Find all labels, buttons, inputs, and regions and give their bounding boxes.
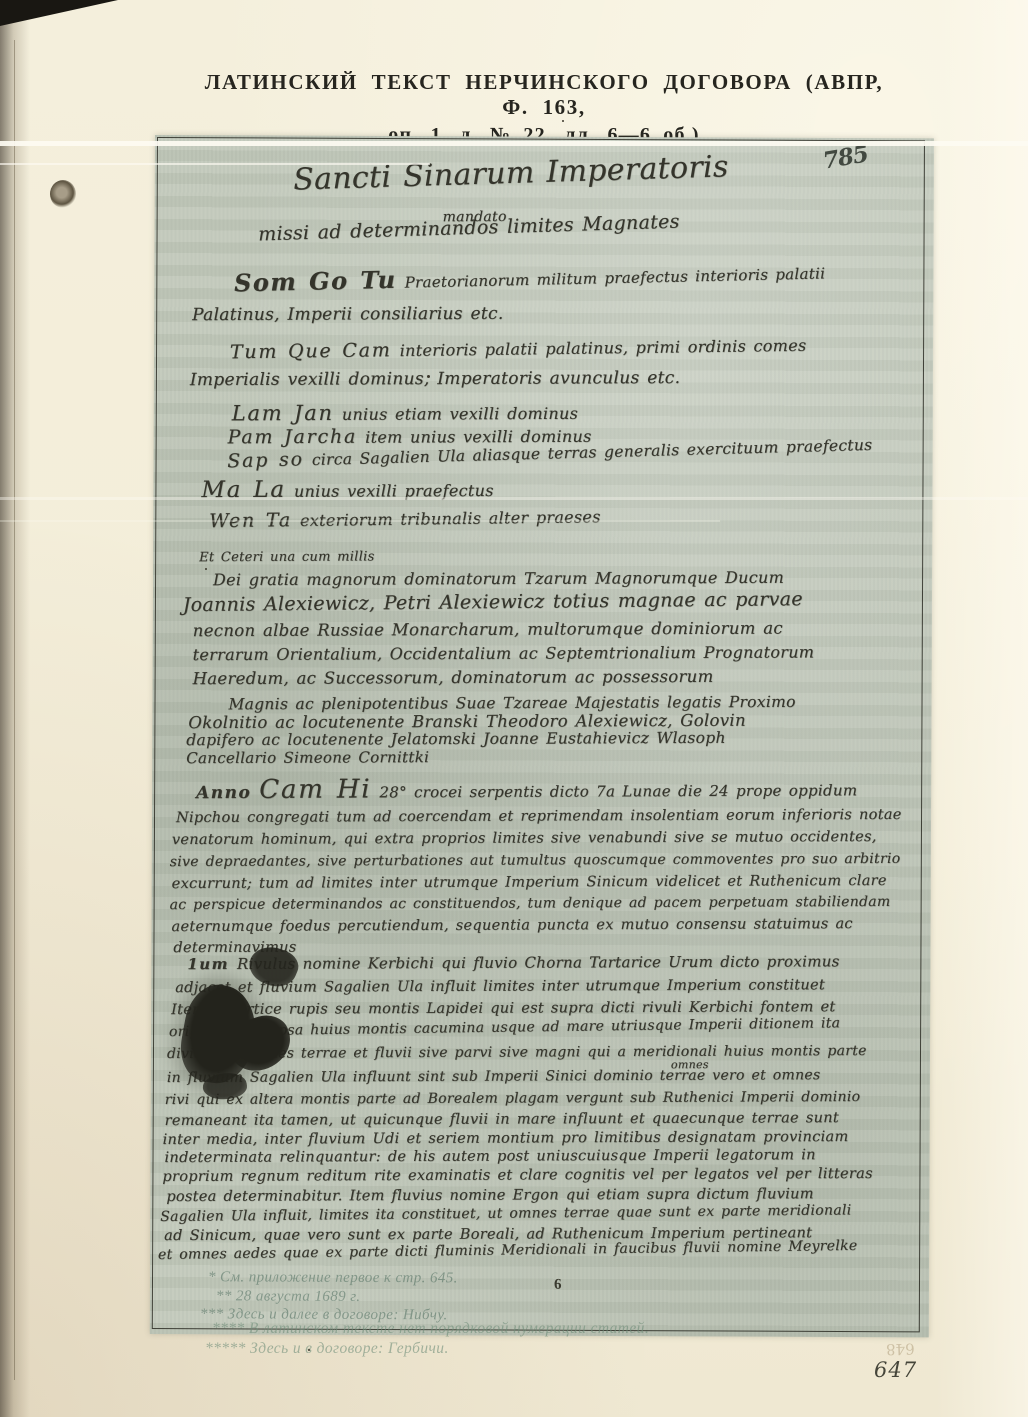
line-lead-word: Anno (196, 783, 259, 803)
manuscript-line: sive depraedantes, sive perturbationes a… (170, 852, 901, 869)
line-text: necnon albae Russiae Monarcharum, multor… (193, 619, 783, 641)
line-text: proprium regnum reditum rite examinatis … (162, 1166, 873, 1185)
line-text: omnes (671, 1058, 709, 1071)
manuscript-line: ac perspicue determinandos ac constituen… (170, 895, 891, 912)
line-text: Haeredum, ac Successorum, dominatorum ac… (193, 667, 714, 688)
manuscript-line: Lam Janunius etiam vexilli dominus (232, 402, 579, 425)
manuscript-line: Sagalien Ula influit, limites ita consti… (160, 1203, 851, 1224)
line-text: terrarum Orientalium, Occidentalium ac S… (193, 642, 815, 664)
binding-corner-shadow (0, 0, 118, 26)
manuscript-line: Tum Que Caminterioris palatii palatinus,… (230, 336, 807, 363)
line-text: inter media, inter fluvium Udi et seriem… (163, 1129, 849, 1148)
line-text: venatorum hominum, qui extra proprios li… (172, 829, 877, 848)
manuscript-line: aeternumque foedus percutiendum, sequent… (171, 917, 852, 934)
line-text: ac perspicue determinandos ac constituen… (170, 894, 891, 913)
manuscript-line: proprium regnum reditum rite examinatis … (162, 1167, 873, 1185)
line-text: * См. приложение первое к стр. 645. (208, 1269, 458, 1286)
scan-streak (0, 141, 1028, 146)
line-lead-word: Cam Hi (259, 774, 379, 805)
line-text: aeternumque foedus percutiendum, sequent… (171, 916, 852, 935)
manuscript-line: Palatinus, Imperii consiliarius etc. (192, 306, 503, 324)
paper-speck (562, 120, 564, 122)
manuscript-line: excurrunt; tum ad limites inter utrumque… (172, 874, 887, 892)
line-text: postea determinabitur. Item fluvius nomi… (166, 1186, 814, 1205)
footnote-text: ***** Здесь и в договоре: Гербичи. (205, 1340, 449, 1358)
book-page-scan: ЛАТИНСКИЙ ТЕКСТ НЕРЧИНСКОГО ДОГОВОРА (АВ… (0, 0, 1028, 1417)
line-lead-word: Tum Que Cam (230, 339, 400, 363)
line-lead-word: Pam Jarcha (228, 426, 366, 449)
line-text: ***** Здесь и в договоре: Гербичи. (205, 1340, 449, 1357)
manuscript-line: missi ad determinandos limites Magnates (258, 213, 680, 245)
manuscript-line: Som Go TuPraetorianorum militum praefect… (234, 258, 826, 295)
line-text: remaneant ita tamen, ut quicunque fluvii… (165, 1110, 839, 1129)
manuscript-line: inter media, inter fluvium Udi et seriem… (163, 1130, 849, 1147)
manuscript-line: Cancellario Simeone Cornittki (186, 750, 429, 766)
line-text: interioris palatii palatinus, primi ordi… (399, 336, 806, 360)
line-text: excurrunt; tum ad limites inter utrumque… (172, 873, 887, 892)
footnote-text: ** 28 августа 1689 г. (216, 1288, 361, 1306)
manuscript-line: postea determinabitur. Item fluvius nomi… (166, 1187, 814, 1204)
line-lead-word: Sap so (227, 448, 312, 472)
manuscript-line: Nipchou congregati tum ad coercendam et … (176, 808, 902, 826)
line-text: in fluvium Sagalien Ula influunt sint su… (167, 1067, 821, 1086)
manuscript-line: AnnoCam Hi28° crocei serpentis dicto 7a … (196, 774, 857, 803)
paper-speck (427, 375, 430, 378)
book-gutter-shadow (0, 0, 30, 1417)
line-text: indeterminata relinquantur: de his autem… (164, 1147, 815, 1166)
line-text: unius etiam vexilli dominus (342, 404, 578, 424)
manuscript-line: indeterminata relinquantur: de his autem… (164, 1148, 815, 1165)
line-text: Sancti Sinarum Imperatoris (293, 149, 729, 197)
line-text: Rivulus nomine Kerbichi qui fluvio Chorn… (237, 952, 840, 973)
line-text: Joannis Alexiewicz, Petri Alexiewicz tot… (183, 588, 803, 616)
paper-speck (308, 1349, 310, 1351)
manuscript-line: rivi qui ex altera montis parte ad Borea… (165, 1090, 861, 1107)
line-text: dapifero ac locutenente Jelatomski Joann… (186, 729, 726, 749)
manuscript-line: Joannis Alexiewicz, Petri Alexiewicz tot… (183, 590, 803, 615)
line-lead-word: 1um (187, 955, 237, 973)
manuscript-line: necnon albae Russiae Monarcharum, multor… (193, 621, 783, 640)
paper-defect-hole (50, 180, 76, 208)
manuscript-line: venatorum hominum, qui extra proprios li… (172, 830, 877, 848)
line-text: Dei gratia magnorum dominatorum Tzarum M… (213, 568, 784, 589)
line-text: exteriorum tribunalis alter praeses (300, 507, 601, 530)
heading-line-1: ЛАТИНСКИЙ ТЕКСТ НЕРЧИНСКОГО ДОГОВОРА (АВ… (194, 70, 894, 120)
line-text: ** 28 августа 1689 г. (216, 1288, 361, 1305)
manuscript-line: omnes (671, 1059, 709, 1070)
manuscript-photograph: 785 Sancti Sinarum Imperatorismandatomis… (150, 135, 934, 1337)
page-number: 647 (874, 1358, 917, 1382)
manuscript-line: Dei gratia magnorum dominatorum Tzarum M… (213, 570, 784, 588)
line-text: **** В латинском тексте нет порядковой н… (212, 1320, 649, 1337)
line-text: Et Ceteri una cum millis (199, 549, 375, 565)
manuscript-line: Haeredum, ac Successorum, dominatorum ac… (193, 669, 714, 688)
scan-streak (0, 163, 430, 165)
line-text: Imperialis vexilli dominus, Imperatoris … (190, 368, 681, 390)
footnote-text: **** В латинском тексте нет порядковой н… (212, 1320, 649, 1338)
paper-speck (205, 568, 207, 570)
page-right-light-band (936, 0, 1028, 1417)
page-crease (14, 40, 15, 1380)
scan-streak (0, 497, 1028, 500)
line-text: Sagalien Ula influit, limites ita consti… (160, 1202, 851, 1225)
scan-streak (0, 520, 720, 522)
line-lead-word: Som Go Tu (234, 265, 405, 298)
manuscript-line: remaneant ita tamen, ut quicunque fluvii… (165, 1111, 839, 1128)
line-text: rivi qui ex altera montis parte ad Borea… (165, 1089, 861, 1108)
footnote-text: * См. приложение первое к стр. 645. (208, 1269, 458, 1287)
manuscript-line: Sancti Sinarum Imperatoris (293, 152, 729, 195)
sheet-number: 6 (554, 1277, 562, 1294)
line-text: sive depraedantes, sive perturbationes a… (170, 851, 901, 870)
bleed-page-number: 648 (886, 1340, 915, 1359)
line-text: Praetorianorum militum praefectus interi… (404, 264, 825, 291)
manuscript-line: Et Ceteri una cum millis (199, 550, 375, 564)
line-lead-word: Lam Jan (232, 401, 342, 425)
line-text: Cancellario Simeone Cornittki (186, 748, 429, 767)
manuscript-line: Imperialis vexilli dominus, Imperatoris … (190, 370, 680, 389)
line-text: Nipchou congregati tum ad coercendam et … (176, 807, 902, 826)
manuscript-line: dapifero ac locutenente Jelatomski Joann… (186, 731, 726, 749)
manuscript-line: in fluvium Sagalien Ula influunt sint su… (167, 1068, 821, 1085)
manuscript-line: terrarum Orientalium, Occidentalium ac S… (193, 644, 815, 663)
line-text: 28° crocei serpentis dicto 7a Lunae die … (379, 781, 857, 801)
line-text: Palatinus, Imperii consiliarius etc. (192, 304, 503, 325)
